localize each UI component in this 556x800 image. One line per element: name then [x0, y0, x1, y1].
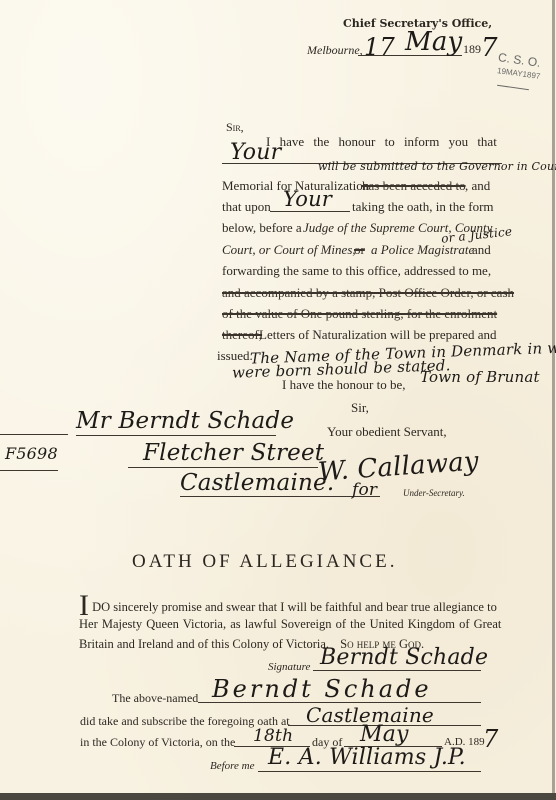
body-line-4a: below, before a — [222, 220, 302, 236]
addressee-street: Fletcher Street — [143, 440, 324, 466]
scan-bottom-edge — [0, 793, 556, 800]
year-printed: 189 — [463, 42, 481, 57]
stamp-underline — [497, 85, 529, 90]
oath-line-2: Her Majesty Queen Victoria, as lawful So… — [79, 617, 501, 632]
month-value: May — [360, 722, 409, 747]
signature-label: Signature — [268, 661, 310, 673]
handwritten-town-of: Town of Brunat — [420, 368, 540, 386]
official-signature: W. Callaway — [317, 446, 480, 487]
above-named-value: Berndt Schade — [212, 675, 432, 703]
body-line-9a-struck: thereof, — [222, 327, 262, 343]
before-me-label: Before me — [210, 760, 255, 772]
body-line-3a: that upon — [222, 199, 271, 215]
salutation: Sir, — [226, 120, 244, 135]
place-label: Melbourne, — [307, 43, 363, 58]
closing-honour: I have the honour to be, — [282, 377, 405, 393]
document-page: Chief Secretary's Office, Melbourne, 17 … — [0, 0, 555, 793]
body-line-10: issued. — [217, 348, 253, 364]
closing-servant: Your obedient Servant, — [327, 424, 447, 440]
year-digit-oath: 7 — [483, 725, 498, 753]
colony-label: in the Colony of Victoria, on the — [80, 735, 235, 750]
oath-line-3-text: Britain and Ireland and of this Colony o… — [79, 637, 329, 651]
under-secretary-title: Under-Secretary. — [403, 488, 465, 498]
above-named-label: The above-named — [112, 691, 198, 706]
signature-for: for — [352, 480, 377, 500]
struck-or: or — [354, 242, 365, 258]
reference-rule-top — [0, 434, 68, 435]
reference-number: F5698 — [5, 444, 58, 463]
addressee-rule-2 — [128, 467, 318, 468]
day-value: 18th — [253, 726, 293, 746]
body-line-5a: Court, or Court of Mines, — [222, 242, 356, 258]
date-month: May — [405, 27, 462, 57]
struck-has-been-acceded: has been acceded to — [362, 178, 466, 194]
before-me-rule — [258, 771, 481, 772]
body-line-7-struck: and accompanied by a stamp, Post Office … — [222, 285, 514, 301]
body-line-3b: taking the oath, in the form — [352, 199, 494, 215]
body-line-8-struck: of the value of One pound sterling, for … — [222, 306, 497, 322]
before-me-value: E. A. Williams J.P. — [268, 745, 466, 770]
handwritten-your-2: Your — [283, 187, 332, 211]
addressee-rule-3 — [180, 496, 380, 497]
handwritten-insert-memorial: will be submitted to the Governor in Cou… — [318, 160, 556, 173]
body-line-6: forwarding the same to this office, addr… — [222, 263, 491, 279]
oath-title: OATH OF ALLEGIANCE. — [132, 551, 397, 573]
oath-line-1-text: DO sincerely promise and swear that I wi… — [92, 600, 497, 614]
signature-rule — [313, 670, 481, 671]
addressee-rule-1 — [76, 435, 276, 436]
oath-signature: Berndt Schade — [320, 645, 488, 670]
reference-rule-bottom — [0, 470, 58, 471]
closing-sir: Sir, — [351, 400, 369, 416]
body-line-1: I have the honour to inform you that — [266, 134, 497, 150]
body-line-9b: Letters of Naturalization will be prepar… — [259, 327, 497, 343]
addressee-name: Mr Berndt Schade — [76, 408, 294, 434]
addressee-town: Castlemaine. — [180, 470, 334, 496]
date-day: 17 — [364, 33, 395, 61]
body-line-5c: and — [472, 242, 491, 258]
oath-line-1: I DO sincerely promise and swear that I … — [79, 596, 497, 616]
handwritten-your-1: Your — [230, 140, 281, 165]
body-line-5b: a Police Magistrate — [371, 242, 474, 258]
body-line-2-end: , and — [465, 178, 490, 194]
year-digit: 7 — [481, 33, 498, 63]
blank-rule-2 — [270, 211, 350, 212]
